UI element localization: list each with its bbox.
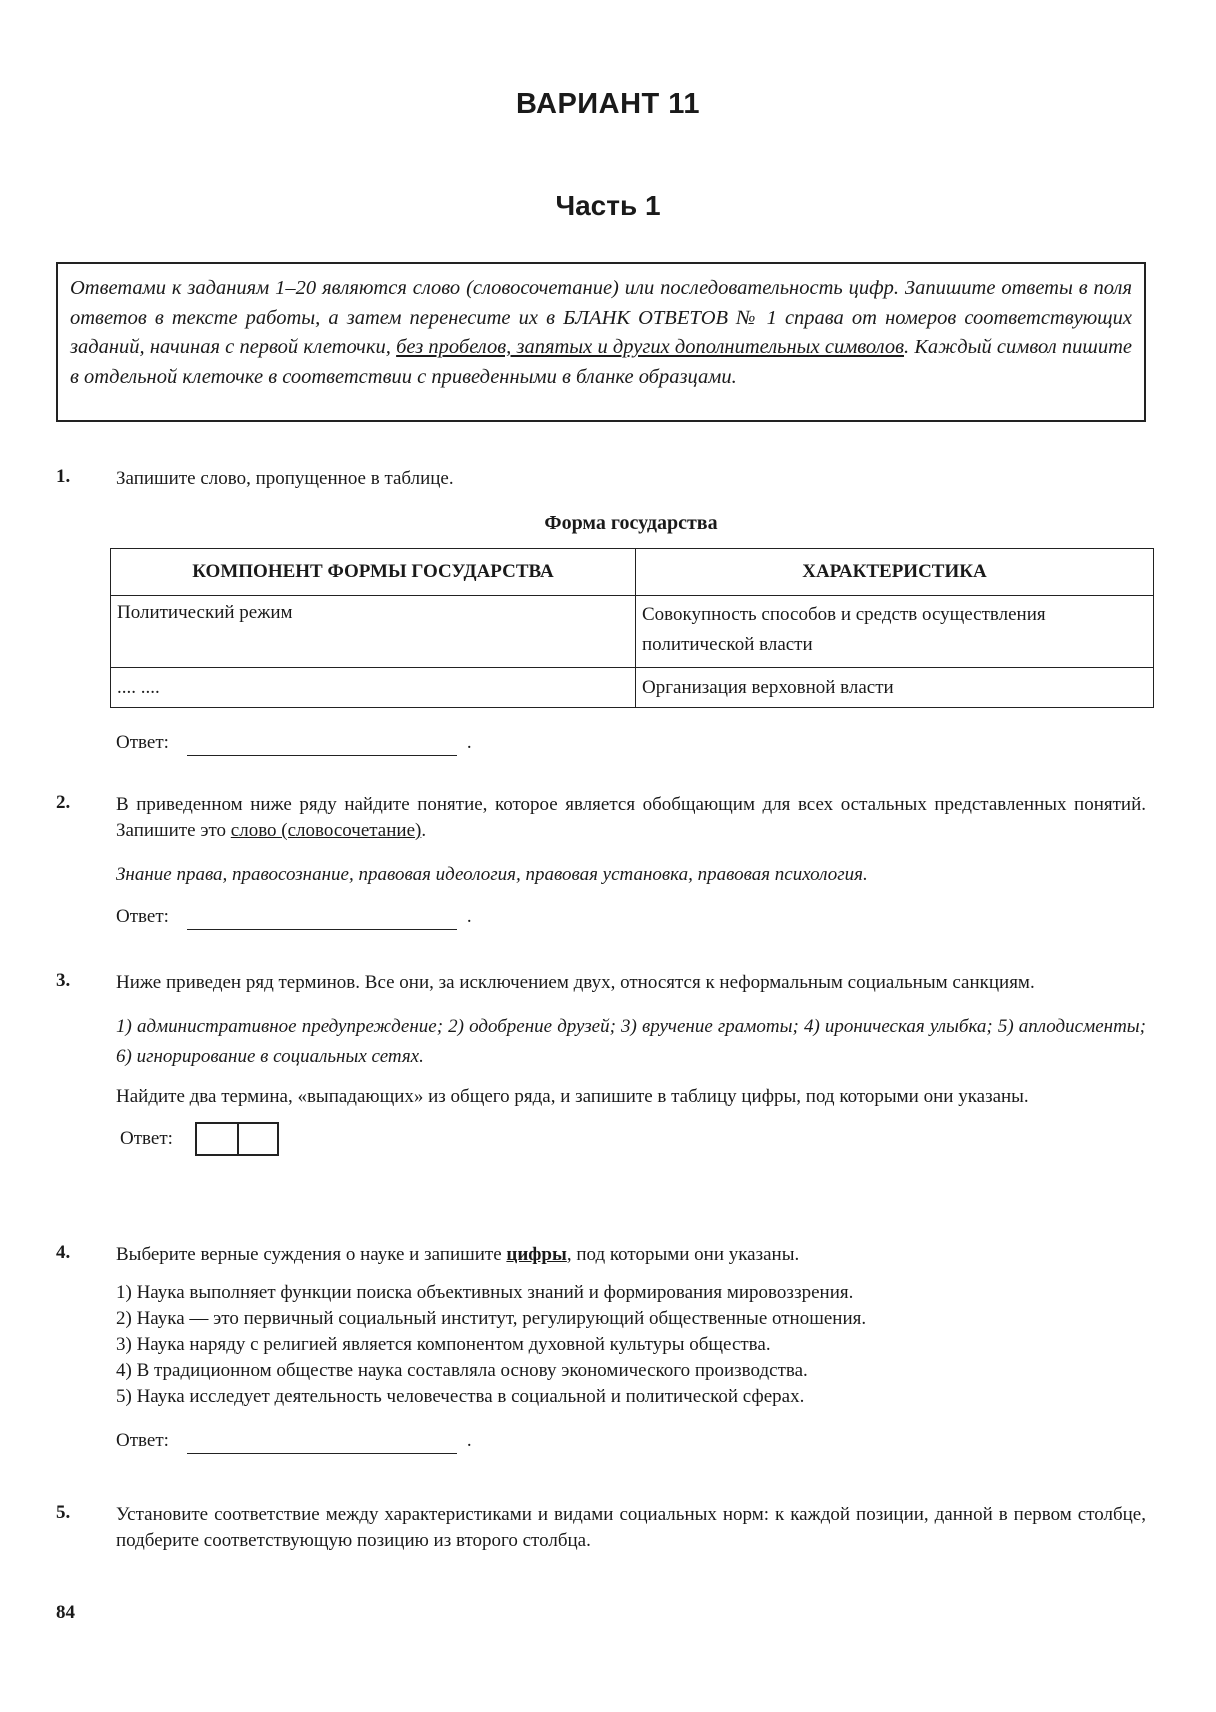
task-number: 4. <box>56 1242 70 1264</box>
answer-field[interactable] <box>187 1435 457 1454</box>
table-cell-missing: .... .... <box>111 668 636 708</box>
table-header: КОМПОНЕНТ ФОРМЫ ГОСУДАРСТВА <box>111 549 636 596</box>
task-number: 1. <box>56 466 70 488</box>
table-row: .... .... Организация верховной власти <box>111 668 1154 708</box>
state-form-table: КОМПОНЕНТ ФОРМЫ ГОСУДАРСТВА ХАРАКТЕРИСТИ… <box>110 548 1154 708</box>
table-cell: Политический режим <box>111 596 636 668</box>
task-prompt: Ниже приведен ряд терминов. Все они, за … <box>116 970 1146 996</box>
table-cell: Совокупность способов и средств осуществ… <box>636 596 1154 668</box>
answer-dot: . <box>467 730 472 756</box>
part-title: Часть 1 <box>0 190 1216 222</box>
list-item: 1) Наука выполняет функции поиска объект… <box>116 1280 1146 1306</box>
page-number: 84 <box>56 1602 75 1624</box>
list-item: 3) Наука наряду с религией является комп… <box>116 1332 1146 1358</box>
list-item: 2) Наука — это первичный социальный инст… <box>116 1306 1146 1332</box>
prompt-underlined: слово (словосочетание) <box>231 820 422 841</box>
instructions-box: Ответами к заданиям 1–20 являются слово … <box>56 262 1146 422</box>
answer-label: Ответ: <box>116 1428 169 1454</box>
answer-label: Ответ: <box>116 730 169 756</box>
task-number: 5. <box>56 1502 70 1524</box>
task-number: 2. <box>56 792 70 814</box>
answer-dot: . <box>467 1428 472 1454</box>
task-prompt: Установите соответствие между характерис… <box>116 1502 1146 1554</box>
answer-row: Ответ: . <box>116 730 1146 756</box>
instructions-underlined: без пробелов, запятых и других дополните… <box>396 336 904 358</box>
answer-row: Ответ: . <box>116 904 1146 930</box>
task-prompt: В приведенном ниже ряду найдите понятие,… <box>116 792 1146 844</box>
terms-list: 1) административное предупреждение; 2) о… <box>116 1012 1146 1072</box>
table-row: Политический режим Совокупность способов… <box>111 596 1154 668</box>
answer-cell[interactable] <box>197 1124 237 1154</box>
answer-row: Ответ: . <box>116 1428 1146 1454</box>
list-item: 5) Наука исследует деятельность человече… <box>116 1384 1146 1410</box>
statement-list: 1) Наука выполняет функции поиска объект… <box>116 1280 1146 1410</box>
table-caption: Форма государства <box>116 510 1146 536</box>
answer-field[interactable] <box>187 737 457 756</box>
answer-label: Ответ: <box>116 904 169 930</box>
list-item: 4) В традиционном обществе наука составл… <box>116 1358 1146 1384</box>
variant-title: ВАРИАНТ 11 <box>0 88 1216 121</box>
answer-dot: . <box>467 904 472 930</box>
answer-cells <box>195 1122 279 1156</box>
table-cell: Организация верховной власти <box>636 668 1154 708</box>
task-instruction: Найдите два термина, «выпадающих» из общ… <box>116 1084 1146 1110</box>
answer-cell[interactable] <box>237 1124 277 1154</box>
answer-field[interactable] <box>187 911 457 930</box>
task-number: 3. <box>56 970 70 992</box>
answer-row: Ответ: <box>116 1122 1146 1156</box>
prompt-underlined: цифры <box>506 1244 566 1265</box>
task-prompt: Выберите верные суждения о науке и запиш… <box>116 1242 1146 1268</box>
task-prompt: Запишите слово, пропущенное в таблице. <box>116 466 1146 492</box>
answer-label: Ответ: <box>120 1126 173 1152</box>
table-header: ХАРАКТЕРИСТИКА <box>636 549 1154 596</box>
concept-series: Знание права, правосознание, правовая ид… <box>116 862 1146 888</box>
